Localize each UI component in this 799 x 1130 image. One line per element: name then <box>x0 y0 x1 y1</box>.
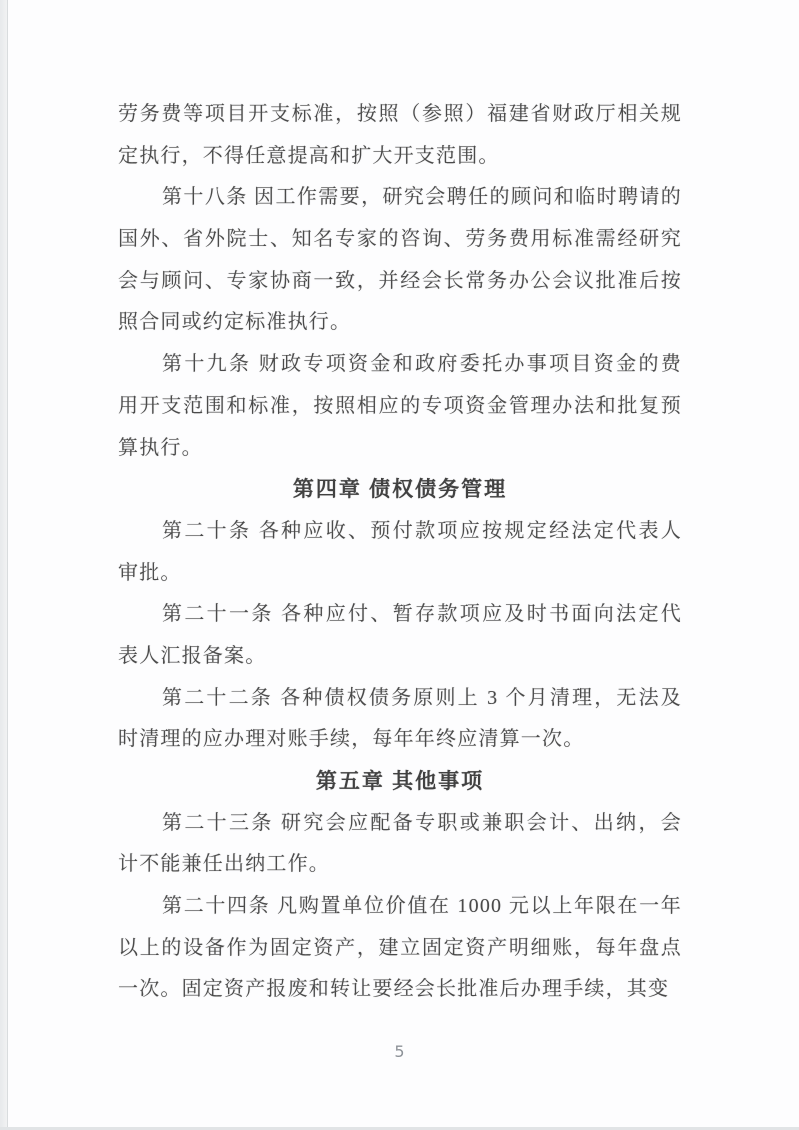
text-line: 第十八条 因工作需要，研究会聘任的顾问和临时聘请的 <box>118 177 682 219</box>
document-body: 劳务费等项目开支标准，按照（参照）福建省财政厅相关规定执行，不得任意提高和扩大开… <box>118 94 682 1011</box>
text-line: 第十九条 财政专项资金和政府委托办事项目资金的费 <box>118 344 682 386</box>
scan-edge-left <box>0 0 8 1130</box>
scanned-document-page: 劳务费等项目开支标准，按照（参照）福建省财政厅相关规定执行，不得任意提高和扩大开… <box>0 0 799 1130</box>
text-line: 劳务费等项目开支标准，按照（参照）福建省财政厅相关规 <box>118 94 682 136</box>
chapter-heading: 第四章 债权债务管理 <box>118 469 682 511</box>
text-line: 第二十四条 凡购置单位价值在 1000 元以上年限在一年 <box>118 886 682 928</box>
text-line: 第二十三条 研究会应配备专职或兼职会计、出纳，会 <box>118 803 682 845</box>
text-line: 第二十条 各种应收、预付款项应按规定经法定代表人 <box>118 511 682 553</box>
text-line: 照合同或约定标准执行。 <box>118 302 682 344</box>
text-line: 计不能兼任出纳工作。 <box>118 844 682 886</box>
text-line: 一次。固定资产报废和转让要经会长批准后办理手续，其变 <box>118 969 682 1011</box>
text-line: 时清理的应办理对账手续，每年年终应清算一次。 <box>118 719 682 761</box>
text-line: 会与顾问、专家协商一致，并经会长常务办公会议批准后按 <box>118 261 682 303</box>
text-line: 审批。 <box>118 553 682 595</box>
text-line: 国外、省外院士、知名专家的咨询、劳务费用标准需经研究 <box>118 219 682 261</box>
text-line: 以上的设备作为固定资产，建立固定资产明细账，每年盘点 <box>118 928 682 970</box>
page-number: 5 <box>0 1042 799 1061</box>
text-line: 第二十一条 各种应付、暂存款项应及时书面向法定代 <box>118 594 682 636</box>
text-line: 定执行，不得任意提高和扩大开支范围。 <box>118 136 682 178</box>
text-line: 算执行。 <box>118 428 682 470</box>
text-line: 第二十二条 各种债权债务原则上 3 个月清理，无法及 <box>118 678 682 720</box>
text-line: 用开支范围和标准，按照相应的专项资金管理办法和批复预 <box>118 386 682 428</box>
chapter-heading: 第五章 其他事项 <box>118 761 682 803</box>
text-line: 表人汇报备案。 <box>118 636 682 678</box>
